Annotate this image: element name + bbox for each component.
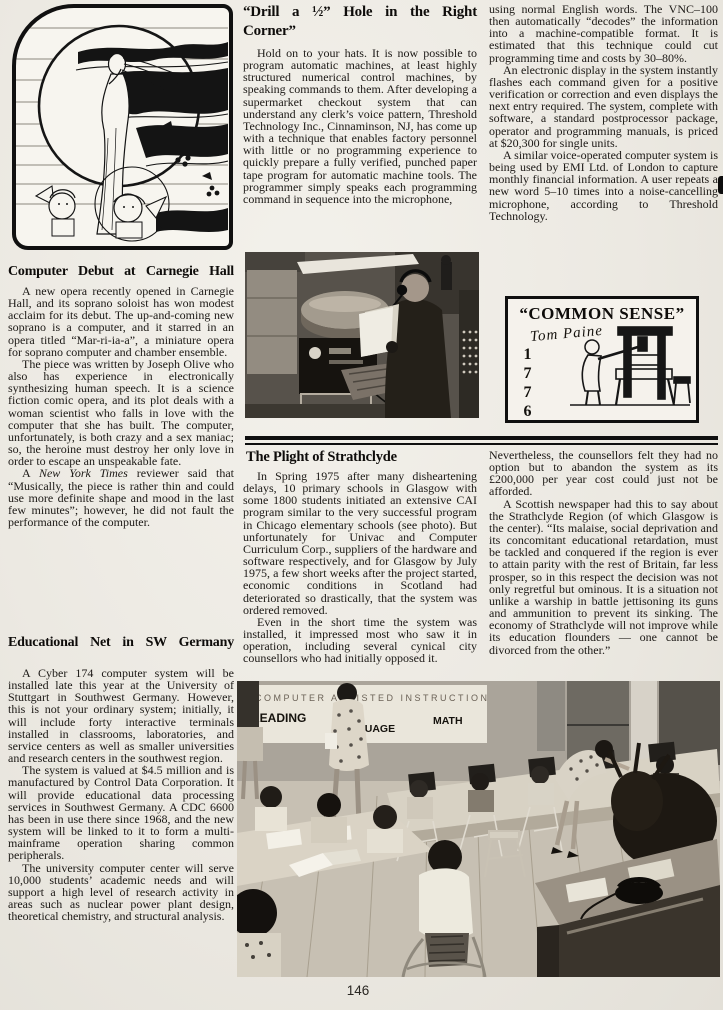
sign-wall: COMPUTER ASSISTED INSTRUCTION READING LA…	[245, 685, 490, 743]
sign-top-text: COMPUTER ASSISTED INSTRUCTION	[255, 693, 490, 703]
strathclyde-continuation-body: Nevertheless, the counsellors felt they …	[489, 449, 718, 656]
common-sense-box: “COMMON SENSE” Tom Paine 1776	[505, 296, 699, 423]
sign-math: MATH	[433, 715, 463, 727]
drill-continuation-body: using normal English words. The VNC–100 …	[489, 3, 718, 222]
page-number: 146	[333, 983, 383, 998]
carnegie-paragraph-2: The piece was written by Joseph Olive wh…	[8, 358, 234, 467]
voice-machine-photo	[245, 252, 479, 418]
edunet-paragraph-1: A Cyber 174 computer system will be inst…	[8, 667, 234, 764]
drill-article-body: Hold on to your hats. It is now possible…	[243, 47, 477, 205]
edunet-paragraph-2: The system is valued at $4.5 million and…	[8, 764, 234, 861]
carnegie-article-title: Computer Debut at Carnegie Hall	[8, 262, 234, 281]
drill-paragraph-1: Hold on to your hats. It is now possible…	[243, 47, 477, 205]
scan-artifact	[718, 176, 723, 194]
opera-illustration-art	[16, 8, 228, 245]
cherub-left	[36, 186, 75, 236]
strathclyde-article-body: In Spring 1975 after many disheartening …	[243, 470, 477, 665]
edunet-article-body: A Cyber 174 computer system will be inst…	[8, 667, 234, 922]
edunet-paragraph-3: The university computer center will serv…	[8, 862, 234, 923]
strathclyde-paragraph-2: Even in the short time the system was in…	[243, 616, 477, 665]
common-sense-title: “COMMON SENSE”	[508, 304, 696, 324]
strath-cont-paragraph-2: A Scottish newspaper had this to say abo…	[489, 498, 718, 656]
drill-cont-paragraph-1: using normal English words. The VNC–100 …	[489, 3, 718, 64]
opera-illustration	[12, 4, 233, 250]
strath-cont-paragraph-1: Nevertheless, the counsellors felt they …	[489, 449, 718, 498]
carnegie-paragraph-3: A New York Times reviewer said that “Mus…	[8, 467, 234, 528]
background-figure	[441, 262, 452, 290]
press-bench	[674, 377, 690, 403]
edunet-article-title: Educational Net in SW Germany	[8, 633, 234, 652]
strathclyde-paragraph-1: In Spring 1975 after many disheartening …	[243, 470, 477, 616]
sign-reading: READING	[251, 711, 306, 725]
strathclyde-article-title: The Plight of Strathclyde	[246, 448, 466, 467]
drill-cont-paragraph-3: A similar voice-operated computer system…	[489, 149, 718, 222]
headset-earcup	[397, 285, 407, 295]
press-frame	[616, 327, 674, 405]
classroom-photo: COMPUTER ASSISTED INSTRUCTION READING LA…	[237, 681, 720, 977]
magazine-page: Computer Debut at Carnegie Hall A new op…	[0, 0, 723, 1010]
control-panel	[459, 290, 479, 418]
carnegie-paragraph-1: A new opera recently opened in Carnegie …	[8, 285, 234, 358]
common-sense-year: 1776	[519, 346, 535, 422]
drill-article-title: “Drill a ½” Hole in the Right Corner”	[243, 3, 477, 41]
cabinet-left	[247, 270, 297, 374]
section-divider-rule	[245, 436, 718, 445]
press-lever	[598, 347, 638, 359]
printing-press-illustration	[566, 325, 692, 417]
drill-cont-paragraph-2: An electronic display in the system inst…	[489, 64, 718, 149]
carnegie-article-body: A new opera recently opened in Carnegie …	[8, 285, 234, 528]
operator-hand	[386, 341, 398, 353]
